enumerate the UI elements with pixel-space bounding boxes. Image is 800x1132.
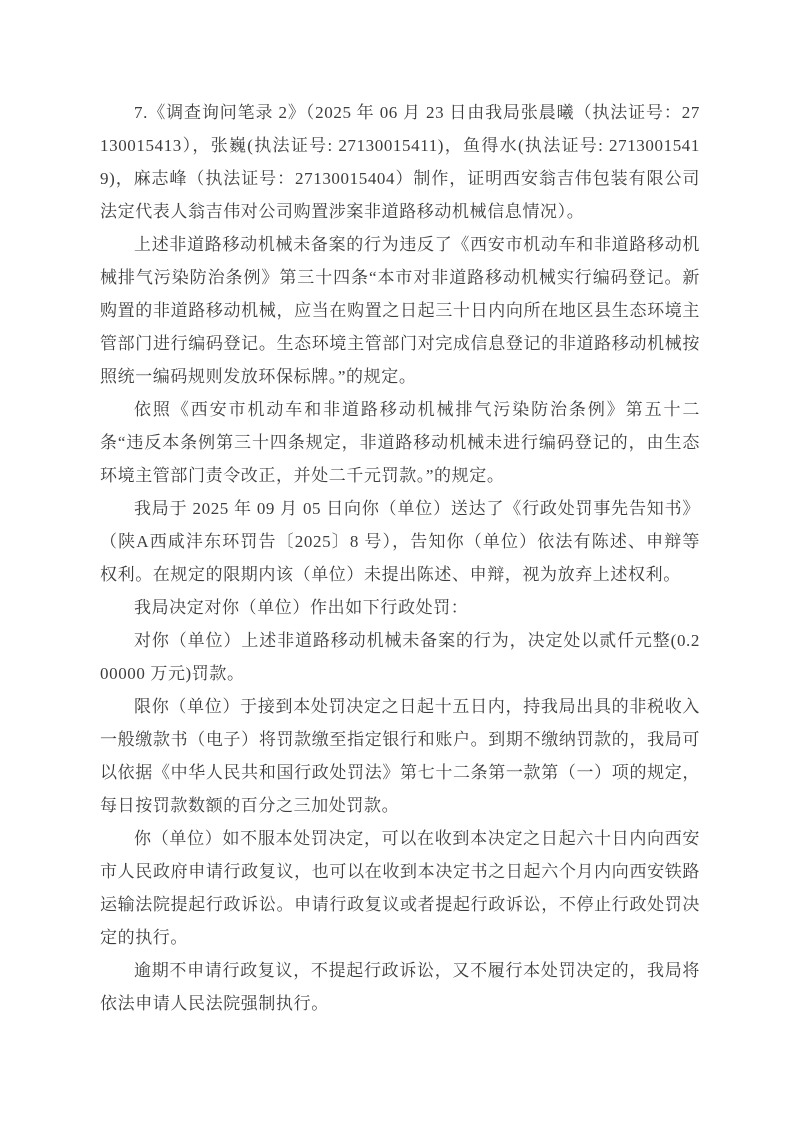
paragraph-payment-terms: 限你（单位）于接到本处罚决定之日起十五日内，持我局出具的非税收入一般缴款书（电子…	[100, 690, 700, 822]
paragraph-penalty-basis: 依照《西安市机动车和非道路移动机械排气污染防治条例》第五十二条“违反本条例第三十…	[100, 393, 700, 492]
paragraph-appeal-rights: 你（单位）如不服本处罚决定，可以在收到本决定之日起六十日内向西安市人民政府申请行…	[100, 822, 700, 954]
paragraph-enforcement: 逾期不申请行政复议，不提起行政诉讼，又不履行本处罚决定的，我局将依法申请人民法院…	[100, 954, 700, 1020]
document-body: 7.《调查询问笔录 2》（2025 年 06 月 23 日由我局张晨曦（执法证号…	[100, 96, 700, 1020]
paragraph-fine-amount: 对你（单位）上述非道路移动机械未备案的行为，决定处以贰仟元整(0.200000 …	[100, 624, 700, 690]
paragraph-evidence-record: 7.《调查询问笔录 2》（2025 年 06 月 23 日由我局张晨曦（执法证号…	[100, 96, 700, 228]
paragraph-decision-intro: 我局决定对你（单位）作出如下行政处罚：	[100, 591, 700, 624]
paragraph-violation-clause: 上述非道路移动机械未备案的行为违反了《西安市机动车和非道路移动机械排气污染防治条…	[100, 228, 700, 393]
document-page: 7.《调查询问笔录 2》（2025 年 06 月 23 日由我局张晨曦（执法证号…	[0, 0, 800, 1132]
paragraph-prior-notice: 我局于 2025 年 09 月 05 日向你（单位）送达了《行政处罚事先告知书》…	[100, 492, 700, 591]
